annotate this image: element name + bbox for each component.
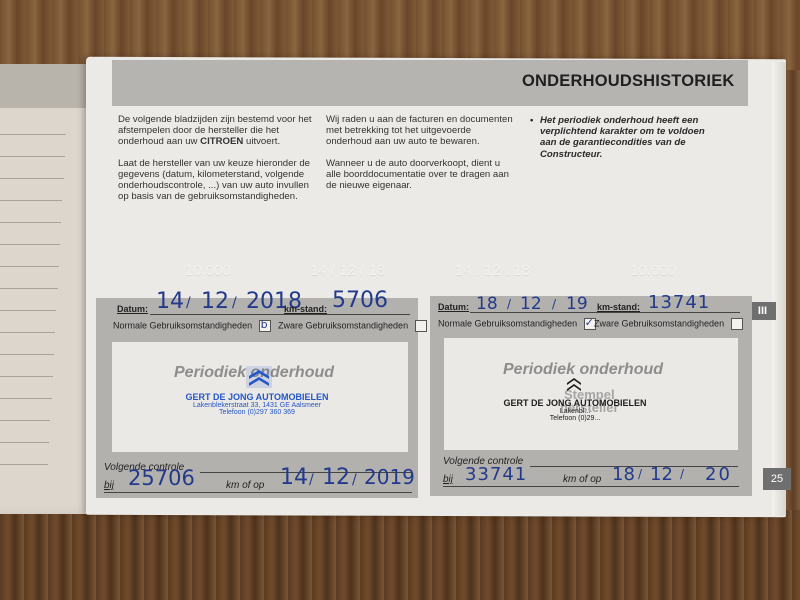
ruled-line: [0, 464, 48, 465]
intro-column-3: • Het periodiek onderhoud heeft een verp…: [540, 115, 720, 160]
heavy-use-option: Zware Gebruiksomstandigheden: [278, 320, 427, 332]
embossed-imprint: 14 . 12 . 18: [455, 262, 530, 279]
next-km-label: bij: [443, 474, 453, 485]
page-edge: [772, 62, 786, 516]
date-month-value[interactable]: 12: [520, 294, 542, 314]
next-km-value[interactable]: 25706: [128, 466, 195, 490]
date-year-value[interactable]: 19: [566, 294, 588, 314]
ruled-line: [0, 156, 65, 157]
normal-use-option: Normale Gebruiksomstandigheden ✓: [438, 318, 596, 330]
ruled-line: [0, 420, 50, 421]
ruled-line: [0, 442, 49, 443]
intro-paragraph-4: Wanneer u de auto doorverkoopt, dient u …: [326, 158, 516, 192]
intro-text: uitvoert.: [243, 136, 280, 147]
ruled-line: [0, 376, 53, 377]
embossed-imprint: 10.000: [630, 262, 676, 279]
dealer-address: Lakenbl...: [500, 408, 650, 415]
km-stand-label: km-stand:: [284, 304, 327, 314]
ruled-line: [0, 134, 66, 135]
date-day-value[interactable]: 18: [476, 294, 498, 314]
dealer-name: GERT DE JONG AUTOMOBIELEN: [500, 398, 650, 408]
next-month-value[interactable]: 12: [650, 464, 673, 485]
brand-name: CITROEN: [200, 136, 243, 147]
ruled-line: [0, 178, 64, 179]
date-month-value[interactable]: 12: [201, 289, 229, 314]
dealer-stamp: GERT DE JONG AUTOMOBIELEN Lakenbl... Tel…: [500, 398, 650, 422]
dealer-address: Lakenblekerstraat 33, 1431 GE Aalsmeer: [172, 402, 342, 409]
embossed-imprint: 10.000: [185, 262, 231, 279]
km-stand-value[interactable]: 13741: [648, 292, 710, 313]
dealer-phone: Telefoon (0)297 360 369: [172, 409, 342, 416]
dealer-name: GERT DE JONG AUTOMOBIELEN: [172, 392, 342, 402]
ruled-line: [0, 222, 61, 223]
ruled-line: [0, 288, 58, 289]
heavy-use-option: Zware Gebruiksomstandigheden: [594, 318, 743, 330]
normal-use-label: Normale Gebruiksomstandigheden: [113, 320, 252, 330]
page-title: ONDERHOUDSHISTORIEK: [522, 72, 735, 91]
page-number: 25: [763, 468, 791, 490]
citroen-logo-icon: [246, 366, 272, 388]
ruled-line: [0, 310, 56, 311]
ruled-line: [0, 200, 62, 201]
normal-use-checkbox[interactable]: b: [259, 320, 271, 332]
intro-column-2: Wij raden u aan de facturen en documente…: [326, 114, 516, 201]
ruled-line: [0, 244, 60, 245]
next-day-value[interactable]: 18: [612, 464, 635, 485]
date-line: [150, 314, 410, 315]
intro-paragraph-3: Wij raden u aan de facturen en documente…: [326, 114, 516, 148]
ruled-line: [0, 266, 59, 267]
next-km-line: [443, 486, 739, 487]
heavy-use-checkbox[interactable]: [731, 318, 743, 330]
next-month-value[interactable]: 12: [322, 465, 350, 490]
next-year-value[interactable]: 20: [705, 464, 732, 485]
checkmark-icon: ✓: [585, 316, 594, 329]
km-or-on-label: km of op: [226, 480, 264, 491]
date-label: Datum:: [438, 302, 469, 312]
intro-column-1: De volgende bladzijden zijn bestemd voor…: [118, 114, 314, 212]
date-label: Datum:: [117, 304, 148, 314]
km-stand-label: km-stand:: [597, 302, 640, 312]
ruled-line: [0, 398, 52, 399]
date-day-value[interactable]: 14: [156, 289, 184, 314]
heavy-use-label: Zware Gebruiksomstandigheden: [278, 320, 408, 330]
normal-use-label: Normale Gebruiksomstandigheden: [438, 318, 577, 328]
heavy-use-label: Zware Gebruiksomstandigheden: [594, 318, 724, 328]
next-year-value[interactable]: 2019: [364, 465, 415, 489]
wood-table-background-bottom: [0, 510, 800, 600]
ruled-line: [0, 332, 55, 333]
ruled-line: [0, 354, 54, 355]
dealer-phone: Telefoon (0)29...: [500, 415, 650, 422]
next-km-line: [104, 492, 412, 493]
next-km-value[interactable]: 33741: [465, 464, 527, 485]
next-day-value[interactable]: 14: [280, 465, 308, 490]
stamp-area-title: Periodiek onderhoud: [503, 361, 663, 379]
intro-paragraph-2: Laat de hersteller van uw keuze hieronde…: [118, 158, 314, 203]
next-km-label: bij: [104, 480, 114, 491]
km-stand-value[interactable]: 5706: [332, 288, 388, 313]
warranty-note: Het periodiek onderhoud heeft een verpli…: [540, 115, 705, 160]
embossed-imprint: 14 / 12 / 18: [310, 262, 385, 279]
bullet-icon: •: [530, 115, 533, 126]
dealer-stamp: GERT DE JONG AUTOMOBIELEN Lakenblekerstr…: [172, 392, 342, 416]
chapter-tab[interactable]: III: [749, 302, 776, 320]
checkbox-mark: b: [261, 318, 268, 331]
km-or-on-label: km of op: [563, 474, 601, 485]
intro-paragraph-1: De volgende bladzijden zijn bestemd voor…: [118, 114, 314, 148]
heavy-use-checkbox[interactable]: [415, 320, 427, 332]
citroen-logo-icon: [565, 376, 583, 392]
normal-use-option: Normale Gebruiksomstandigheden b: [113, 320, 271, 332]
